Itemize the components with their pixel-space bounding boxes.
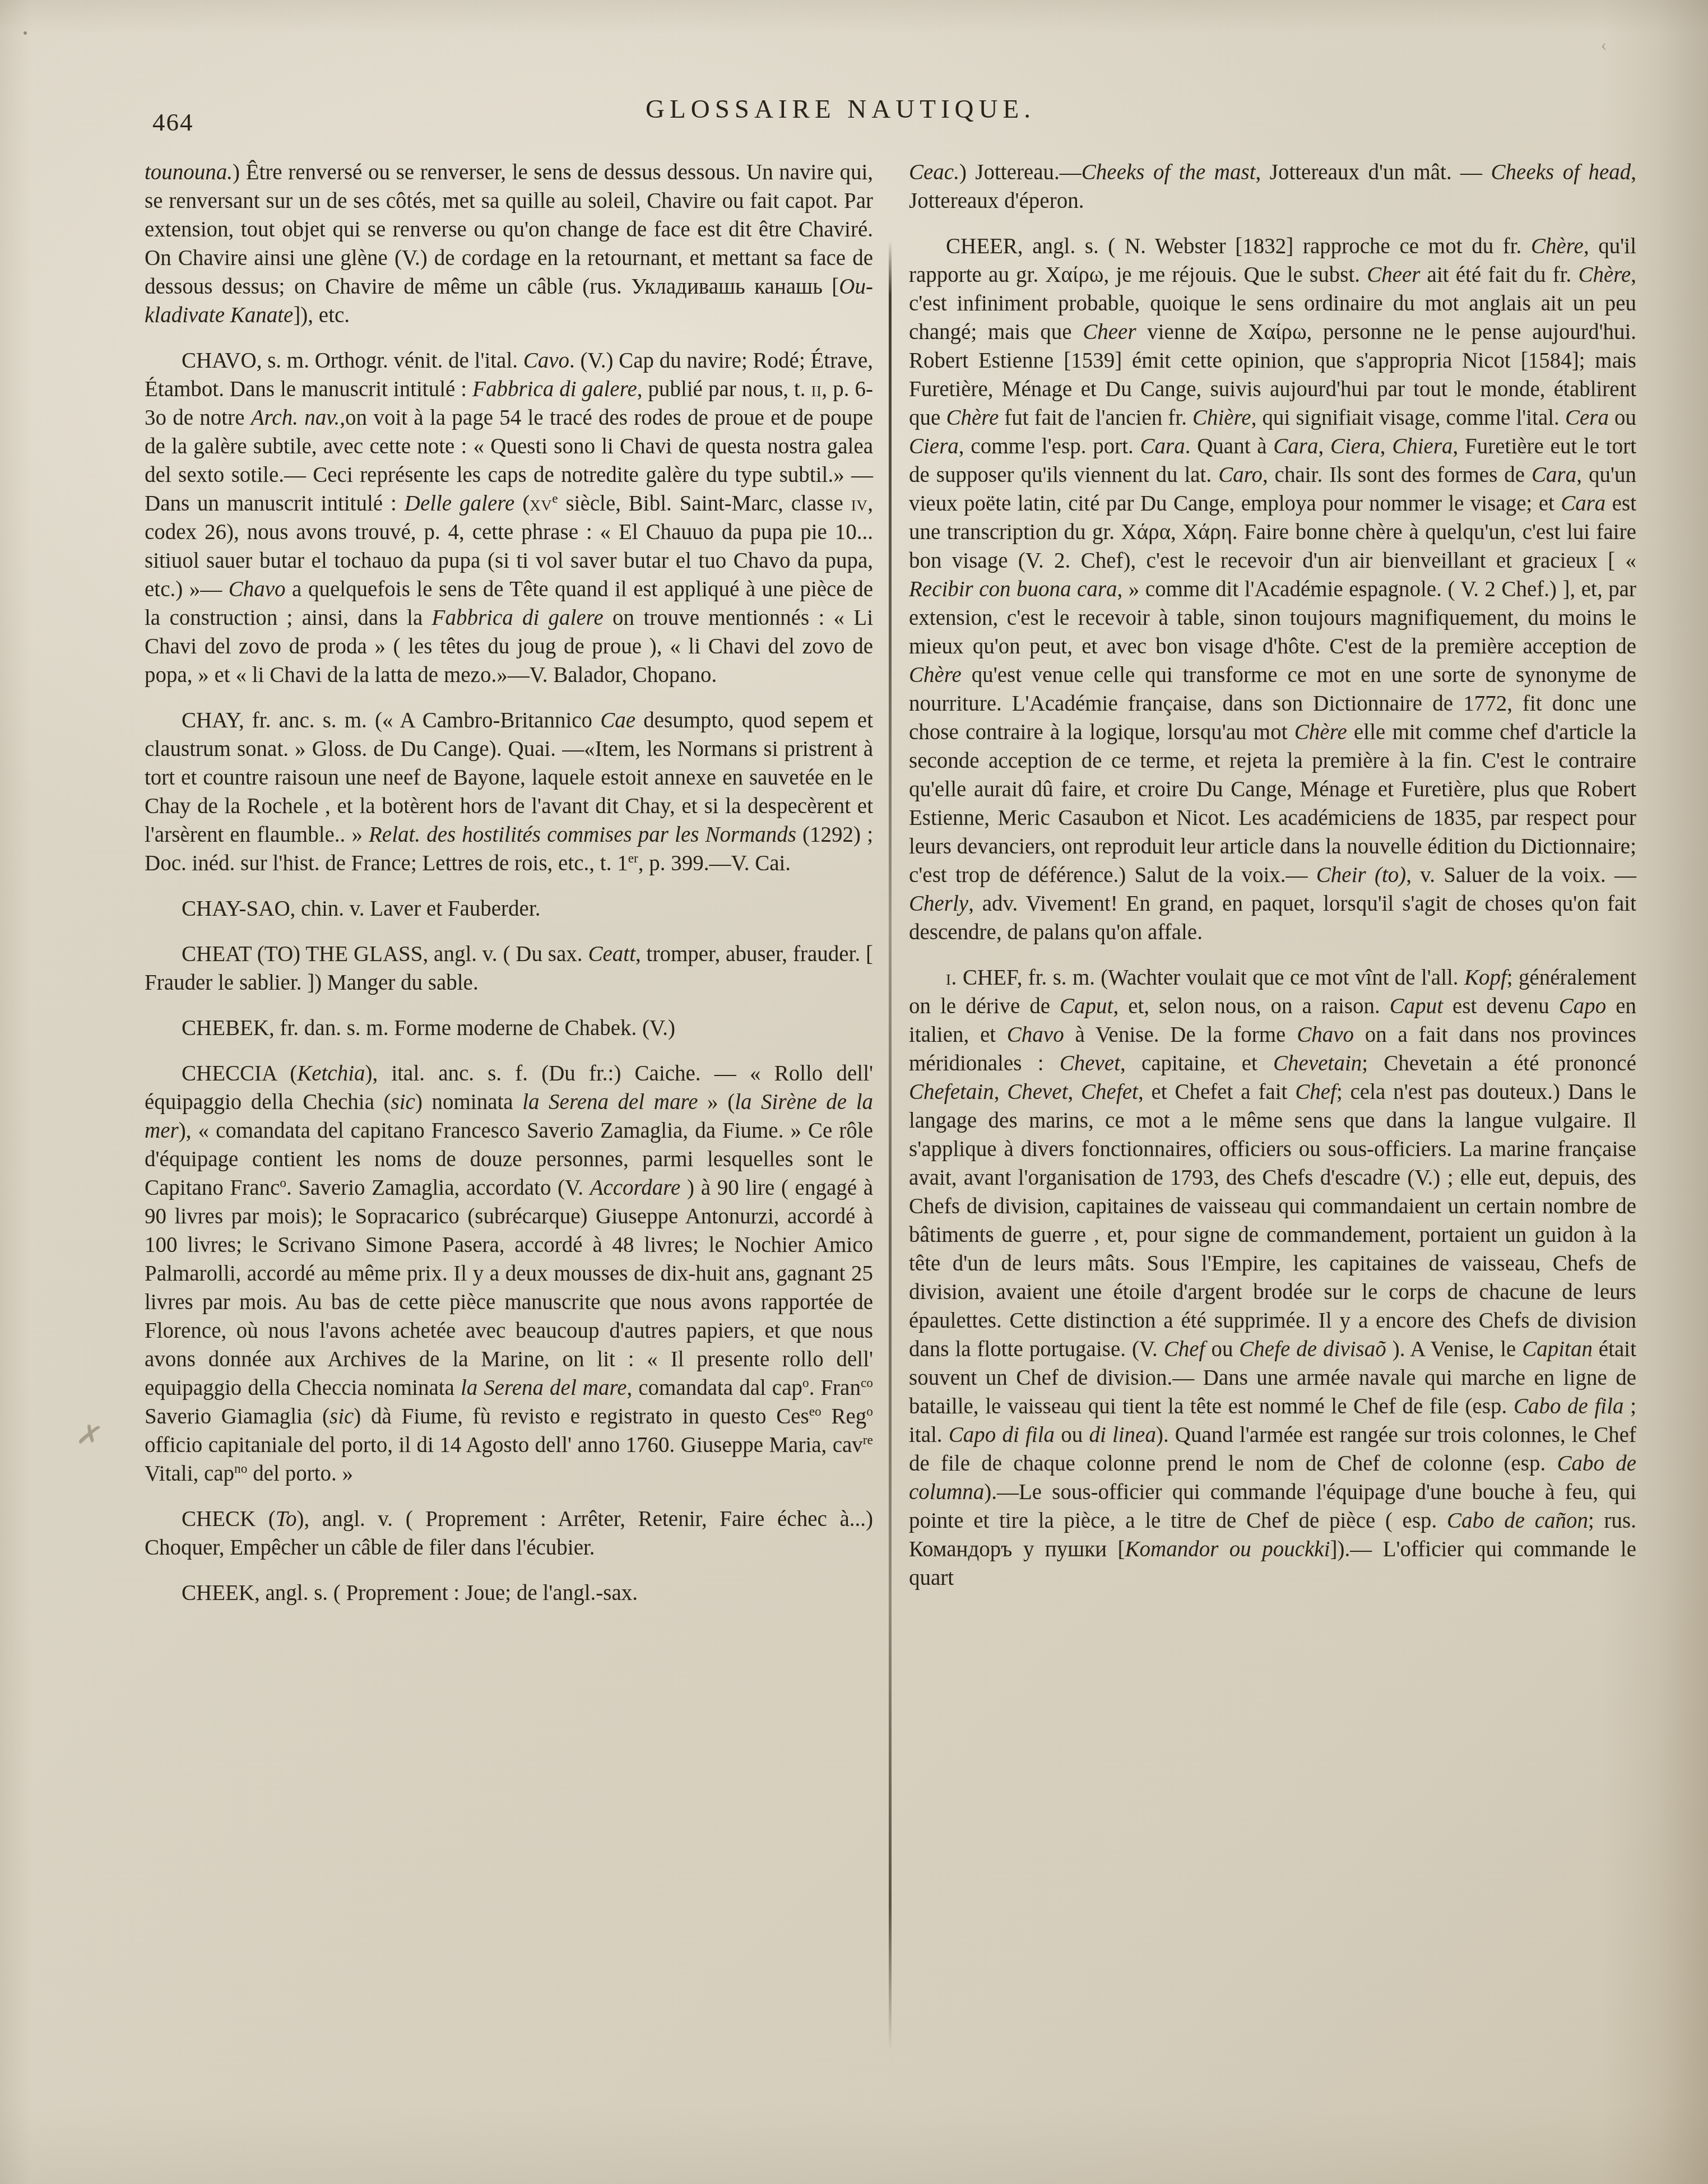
text-run: ii xyxy=(811,377,822,401)
entry-cheer: CHEER, angl. s. ( N. Webster [1832] rapp… xyxy=(909,232,1636,947)
text-column-left: tounouna.) Être renversé ou se renverser… xyxy=(145,158,873,1607)
text-run: Arch. nav. xyxy=(251,406,340,430)
text-run: Cabo de cañon xyxy=(1447,1509,1588,1533)
text-run: Accordare xyxy=(590,1176,681,1200)
entry-chebek: CHEBEK, fr. dan. s. m. Forme moderne de … xyxy=(145,1014,873,1042)
text-run: Caput xyxy=(1390,994,1443,1018)
text-run: Chevetain xyxy=(1273,1051,1362,1075)
text-run: Cheeks of head xyxy=(1491,160,1631,184)
text-run: Kopf xyxy=(1464,966,1507,990)
text-run: Caro xyxy=(1218,463,1263,487)
text-run: Cheir (to) xyxy=(1316,863,1406,887)
text-run: o xyxy=(866,1404,873,1419)
text-run: er xyxy=(628,851,638,866)
text-run: la Serena del mare xyxy=(522,1090,698,1114)
text-run: Ketchia xyxy=(297,1061,365,1086)
text-run: Chevet xyxy=(1007,1080,1067,1104)
text-run: Caput xyxy=(1060,994,1113,1018)
text-run: Chavo xyxy=(1007,1023,1064,1047)
pencil-margin-mark: ✗ xyxy=(73,1417,105,1455)
text-run: di linea xyxy=(1089,1423,1156,1447)
text-run: Cara xyxy=(1140,434,1185,458)
text-run: eo xyxy=(809,1404,821,1419)
pencil-header-mark: ‹ xyxy=(1599,34,1608,56)
text-run: Chiera xyxy=(1392,434,1452,458)
entry-chay: CHAY, fr. anc. s. m. (« A Cambro-Britann… xyxy=(145,706,873,878)
text-run: Chefet xyxy=(1081,1080,1138,1104)
text-run: la Serena del mare xyxy=(461,1376,627,1400)
text-run: Cabo de fila xyxy=(1514,1394,1624,1418)
text-run: Chef xyxy=(1295,1080,1336,1104)
running-head-title: GLOSSAIRE NAUTIQUE. xyxy=(0,94,1681,124)
entry-check: CHECK (To), angl. v. ( Proprement : Arrê… xyxy=(145,1505,873,1562)
entry-chavo: CHAVO, s. m. Orthogr. vénit. de l'ital. … xyxy=(145,346,873,689)
text-run: Komandor ou pouckki xyxy=(1125,1537,1330,1561)
text-run: Cera xyxy=(1565,406,1609,430)
entry-chavirer-continuation: tounouna.) Être renversé ou se renverser… xyxy=(145,158,873,330)
entry-cheat-to-the-glass: CHEAT (TO) THE GLASS, angl. v. ( Du sax.… xyxy=(145,940,873,997)
entry-chef: i. CHEF, fr. s. m. (Wachter voulait que … xyxy=(909,963,1636,1592)
text-run: Fabbrica di galere xyxy=(472,377,637,401)
text-run: tounouna. xyxy=(145,160,233,184)
text-run: Chère xyxy=(946,406,999,430)
text-run: Ceac. xyxy=(909,160,959,184)
text-run: Cara xyxy=(1273,434,1318,458)
text-run: Ciera xyxy=(909,434,959,458)
text-run: Recibir con buona cara xyxy=(909,577,1117,601)
entry-chay-sao: CHAY-SAO, chin. v. Laver et Fauberder. xyxy=(145,894,873,923)
text-run: Chevet xyxy=(1060,1051,1120,1075)
text-run: Chère xyxy=(909,663,962,687)
text-run: Chef xyxy=(1164,1337,1205,1361)
text-run: iv xyxy=(851,491,868,516)
text-run: Chère xyxy=(1531,234,1584,258)
text-run: i. xyxy=(946,966,957,990)
text-run: Chavo xyxy=(1297,1023,1354,1047)
text-run: Cherly xyxy=(909,892,968,916)
text-run: Ou-kladivate Kanate xyxy=(145,275,873,327)
text-run: Cavo xyxy=(523,349,569,373)
text-run: Chefe de divisaõ xyxy=(1239,1337,1386,1361)
text-run: co xyxy=(861,1376,873,1390)
text-column-right: Ceac.) Jottereau.—Cheeks of the mast, Jo… xyxy=(909,158,1636,1592)
text-run: sic xyxy=(391,1090,415,1114)
text-run: re xyxy=(863,1433,873,1448)
text-run: Chavo xyxy=(229,577,286,601)
text-run: xv xyxy=(530,491,552,516)
book-page-scan: 464 GLOSSAIRE NAUTIQUE. tounouna.) Être … xyxy=(0,0,1708,2184)
ink-speck xyxy=(24,31,27,35)
text-run: Ciera xyxy=(1330,434,1380,458)
text-run: Cae xyxy=(600,708,635,732)
ink-speck xyxy=(217,563,220,565)
text-run: To xyxy=(276,1507,297,1531)
text-run: Chière xyxy=(1192,406,1251,430)
text-run: Cheeks of the mast xyxy=(1082,160,1256,184)
text-run: Cheer xyxy=(1367,263,1420,287)
text-run: Delle galere xyxy=(405,491,515,516)
text-run: Relat. des hostilités commises par les N… xyxy=(369,823,796,847)
text-run: Cheer xyxy=(1083,320,1136,344)
text-run: Chère xyxy=(1294,720,1347,744)
text-run: Ceatt xyxy=(588,942,635,966)
text-run: Chère xyxy=(1578,263,1631,287)
entry-cheek-continuation: Ceac.) Jottereau.—Cheeks of the mast, Jo… xyxy=(909,158,1636,215)
text-run: Capo xyxy=(1559,994,1607,1018)
text-run: Cabo de columna xyxy=(909,1452,1636,1504)
text-run: Capitan xyxy=(1522,1337,1593,1361)
text-run: no xyxy=(234,1462,247,1476)
column-divider-rule xyxy=(889,241,892,2051)
entry-cheek: CHEEK, angl. s. ( Proprement : Joue; de … xyxy=(145,1579,873,1607)
text-run: Fabbrica di galere xyxy=(432,606,604,630)
text-run: Cara xyxy=(1531,463,1576,487)
entry-checcia: CHECCIA (Ketchia), ital. anc. s. f. (Du … xyxy=(145,1059,873,1488)
text-run: Chefetain xyxy=(909,1080,994,1104)
text-run: sic xyxy=(329,1404,354,1429)
text-run: o xyxy=(280,1176,286,1190)
text-run: e xyxy=(552,491,558,506)
text-run: Cara xyxy=(1561,491,1605,516)
ink-speck xyxy=(1377,1327,1380,1329)
text-run: o xyxy=(802,1376,809,1390)
text-run: la Sirène de la mer xyxy=(145,1090,873,1143)
text-run: Capo di fila xyxy=(949,1423,1055,1447)
